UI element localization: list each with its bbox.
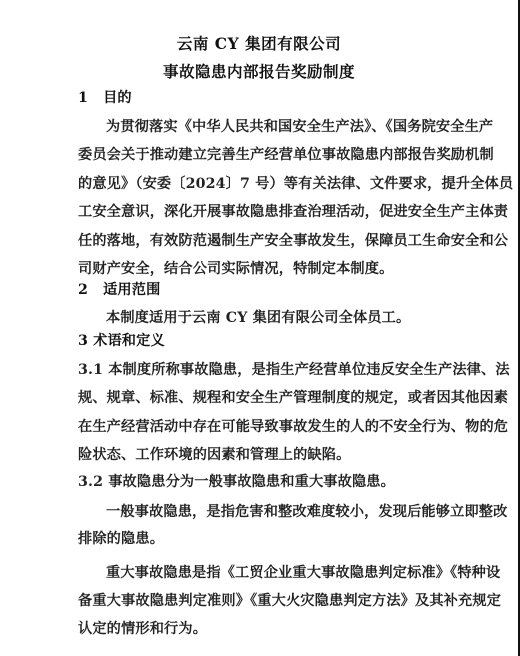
section-3-1-line-3: 在生产经营活动中存在可能导致事故发生的人的不安全行为、物的危: [78, 418, 440, 436]
major-hazard-line-3: 认定的情形和行为。: [78, 620, 440, 638]
company-title: 云南 CY 集团有限公司: [0, 34, 518, 54]
section-1-heading: 1 目的: [78, 89, 440, 107]
section-3-1-line-1: 3.1 本制度所称事故隐患，是指生产经营单位违反安全生产法律、法: [78, 361, 440, 379]
section-1-line-4: 工安全意识，深化开展事故隐患排查治理活动，促进安全生产主体责: [78, 203, 440, 221]
section-1-line-5: 任的落地，有效防范遏制生产安全事故发生，保障员工生命安全和公: [78, 232, 440, 250]
section-3-1-line-2: 规、规章、标准、规程和安全生产管理制度的规定，或者因其他因素: [78, 389, 440, 407]
section-2-number: 2: [78, 281, 98, 299]
section-2-title: 适用范围: [103, 282, 160, 298]
section-2-heading: 2 适用范围: [78, 281, 440, 299]
section-3-1-line-4: 险状态、工作环境的因素和管理上的缺陷。: [78, 446, 440, 464]
general-hazard-line-2: 排除的隐患。: [78, 530, 440, 548]
major-hazard-line-2: 备重大事故隐患判定准则》《重大火灾隐患判定方法》及其补充规定: [78, 592, 440, 610]
section-1-number: 1: [78, 89, 98, 107]
document-page: 云南 CY 集团有限公司 事故隐患内部报告奖励制度 1 目的 为贯彻落实《中华人…: [0, 0, 518, 656]
section-1-line-1: 为贯彻落实《中华人民共和国安全生产法》、《国务院安全生产: [106, 118, 440, 136]
section-1-title: 目的: [103, 90, 132, 106]
major-hazard-line-1: 重大事故隐患是指《工贸企业重大事故隐患判定标准》《特种设: [106, 564, 440, 582]
section-1-line-6: 司财产安全，结合公司实际情况，特制定本制度。: [78, 260, 440, 278]
section-3-2-line-1: 3.2 事故隐患分为一般事故隐患和重大事故隐患。: [78, 473, 440, 491]
document-title: 事故隐患内部报告奖励制度: [0, 62, 518, 82]
general-hazard-line-1: 一般事故隐患，是指危害和整改难度较小，发现后能够立即整改: [106, 503, 440, 521]
section-3-heading: 3 术语和定义: [78, 332, 440, 350]
section-2-line-1: 本制度适用于云南 CY 集团有限公司全体员工。: [106, 309, 440, 327]
section-1-line-2: 委员会关于推动建立完善生产经营单位事故隐患内部报告奖励机制: [78, 146, 440, 164]
section-1-line-3: 的意见》（安委〔2024〕7 号）等有关法律、文件要求，提升全体员: [78, 175, 440, 193]
